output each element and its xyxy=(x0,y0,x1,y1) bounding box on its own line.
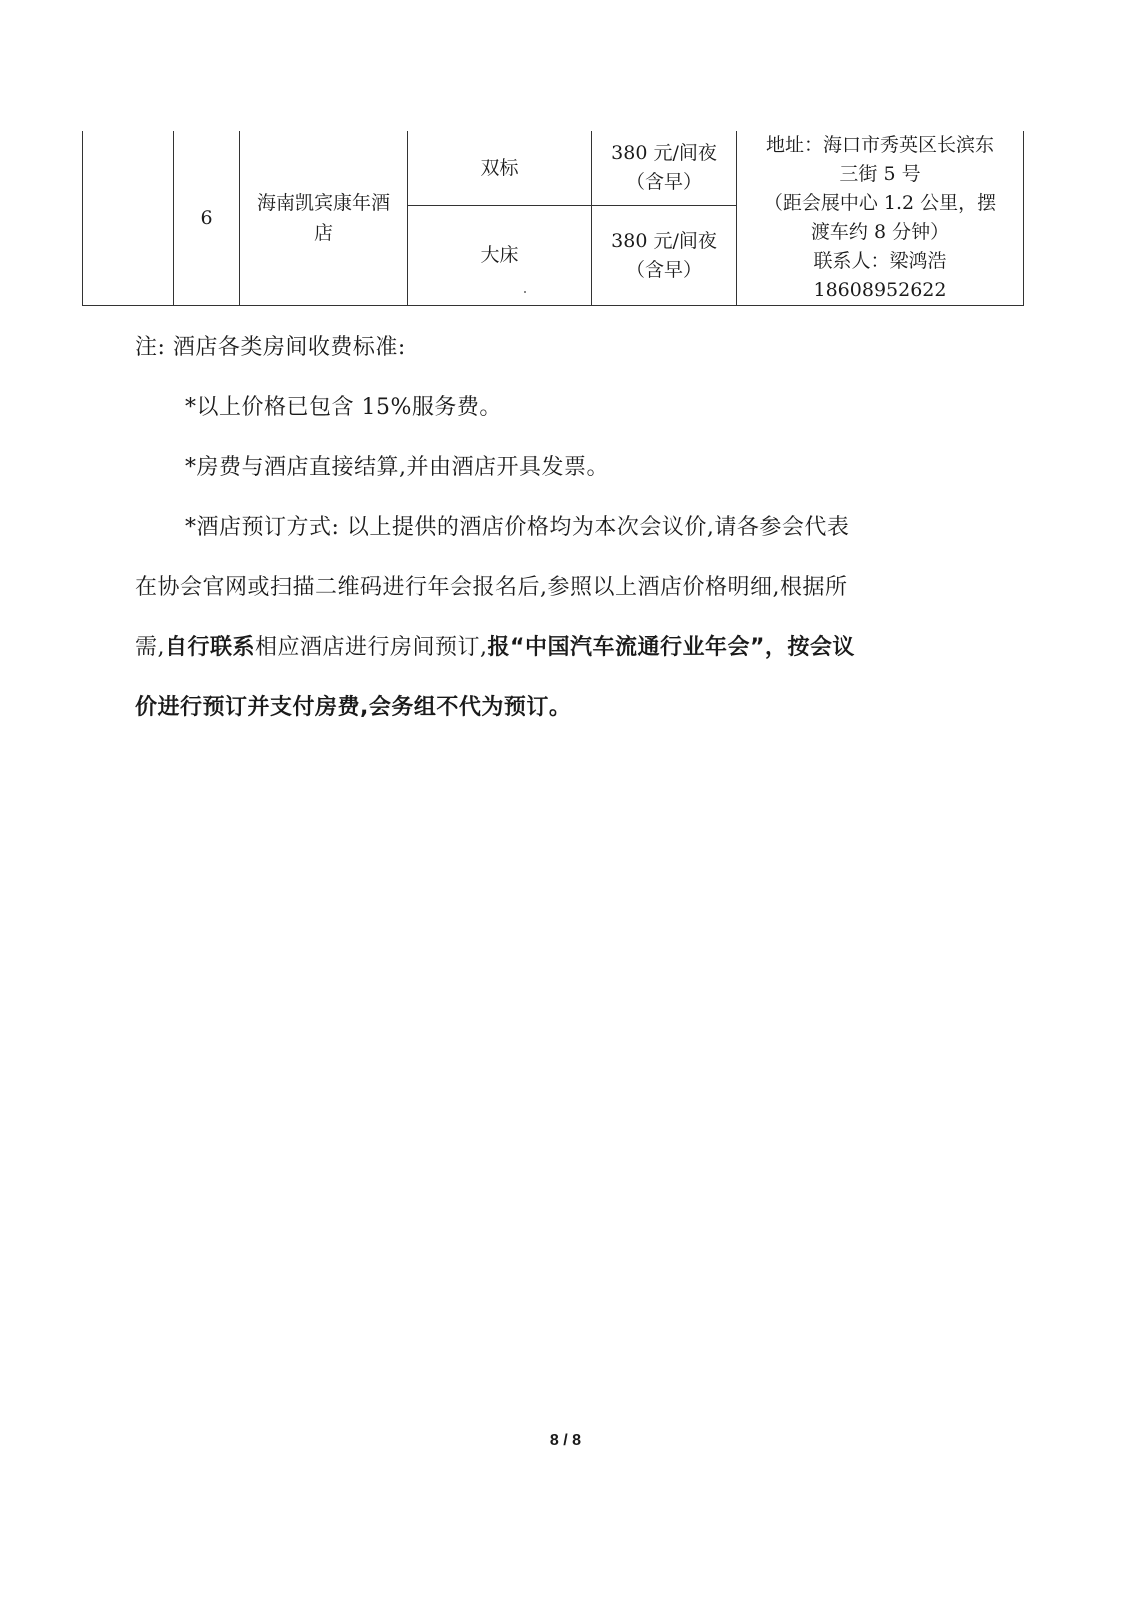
price-text: 380 元/间夜 xyxy=(592,227,736,256)
table-row: 6 海南凯宾康年酒店 双标 380 元/间夜 （含早） 地址：海口市秀英区长滨东… xyxy=(83,131,1024,206)
table-cell-room-type: 双标 xyxy=(408,131,592,206)
note-item: *以上价格已包含 15%服务费。 xyxy=(135,378,995,438)
price-note: （含早） xyxy=(592,256,736,285)
scan-speck xyxy=(524,291,526,293)
info-line: （距会展中心 1.2 公里，摆 xyxy=(737,189,1023,218)
info-line: 渡车约 8 分钟） xyxy=(737,218,1023,247)
info-line-phone: 18608952622 xyxy=(737,276,1023,305)
info-line: 三街 5 号 xyxy=(737,160,1023,189)
note-item: *房费与酒店直接结算,并由酒店开具发票。 xyxy=(135,438,995,498)
notes-heading: 注: 酒店各类房间收费标准: xyxy=(135,318,995,378)
table-cell-index: 6 xyxy=(174,131,240,306)
page-number: 8 / 8 xyxy=(0,1432,1131,1450)
table-cell-hotel-name: 海南凯宾康年酒店 xyxy=(240,131,408,306)
table-cell-price: 380 元/间夜 （含早） xyxy=(592,131,737,206)
note-text: 需, xyxy=(135,635,165,660)
notes-section: 注: 酒店各类房间收费标准: *以上价格已包含 15%服务费。 *房费与酒店直接… xyxy=(135,318,995,738)
note-text-bold: 自行联系 xyxy=(165,635,255,660)
table-cell-price: 380 元/间夜 （含早） xyxy=(592,206,737,306)
note-text: 相应酒店进行房间预订, xyxy=(255,635,488,660)
note-item-continued-bold: 价进行预订并支付房费,会务组不代为预订。 xyxy=(135,678,995,738)
info-line: 地址：海口市秀英区长滨东 xyxy=(737,131,1023,160)
note-item-continued: 需,自行联系相应酒店进行房间预订,报“中国汽车流通行业年会”，按会议 xyxy=(135,618,995,678)
price-note: （含早） xyxy=(592,168,736,197)
note-item-continued: 在协会官网或扫描二维码进行年会报名后,参照以上酒店价格明细,根据所 xyxy=(135,558,995,618)
hotel-price-table: 6 海南凯宾康年酒店 双标 380 元/间夜 （含早） 地址：海口市秀英区长滨东… xyxy=(82,131,1024,306)
hotel-table-container: 6 海南凯宾康年酒店 双标 380 元/间夜 （含早） 地址：海口市秀英区长滨东… xyxy=(82,131,1024,306)
note-text-bold: 报“中国汽车流通行业年会”，按会议 xyxy=(488,635,855,660)
table-cell-room-type: 大床 xyxy=(408,206,592,306)
hotel-name-text: 海南凯宾康年酒店 xyxy=(254,188,394,248)
info-line: 联系人：梁鸿浩 xyxy=(737,247,1023,276)
note-item: *酒店预订方式: 以上提供的酒店价格均为本次会议价,请各参会代表 xyxy=(135,498,995,558)
price-text: 380 元/间夜 xyxy=(592,139,736,168)
table-cell-hotel-info: 地址：海口市秀英区长滨东 三街 5 号 （距会展中心 1.2 公里，摆 渡车约 … xyxy=(737,131,1024,306)
table-cell-empty xyxy=(83,131,174,306)
